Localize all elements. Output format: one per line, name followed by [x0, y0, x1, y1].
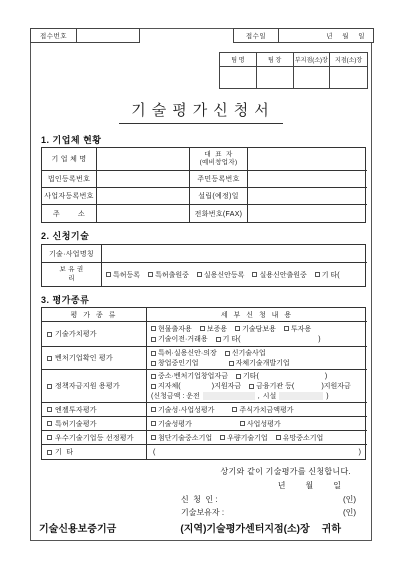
blank-field — [279, 392, 323, 400]
checkbox-icon — [47, 435, 52, 440]
detail-option: 투자용 — [284, 324, 311, 334]
checkbox-icon — [236, 374, 241, 379]
detail-option: 기술이전·거래용 — [151, 334, 208, 344]
form-title-text: 기술평가신청서 — [119, 99, 282, 124]
detail-header: 세 부 신 청 내 용 — [147, 308, 367, 322]
detail-option: 중소·벤처기업창업자금 — [151, 371, 228, 381]
detail-option: 기술성평가 — [151, 419, 192, 429]
approval-header-deputy-manager: 부지점(소)장 — [294, 53, 331, 67]
address-field — [97, 205, 190, 222]
detail-option: 주식가치금액평가 — [232, 405, 293, 415]
ceo-field — [248, 148, 367, 171]
approval-header-manager: 지점(소)장 — [330, 53, 367, 67]
checkbox-icon — [148, 272, 153, 277]
form-page: 접수번호 접수일 년 월 일 팀 명 팀 장 부지점(소)장 지점(소)장 기술… — [30, 28, 372, 541]
detail-option: 유망중소기업 — [276, 433, 324, 443]
checkbox-icon — [232, 407, 237, 412]
rights-option-other: 기 타( ) — [315, 270, 367, 280]
detail-option: 사업성평가 — [240, 419, 281, 429]
checkbox-icon — [220, 435, 225, 440]
detail-option: 기타( ) — [236, 371, 327, 381]
tech-name-field — [102, 245, 367, 263]
approval-table: 팀 명 팀 장 부지점(소)장 지점(소)장 — [219, 52, 368, 89]
footer-declaration: 상기와 같이 기술평가를 신청합니다. — [31, 466, 371, 477]
checkbox-icon — [235, 326, 240, 331]
approval-sign-cell — [220, 67, 257, 88]
detail-option: 자체기술개발기업 — [229, 358, 290, 368]
company-name-label: 기 업 체 명 — [42, 148, 97, 171]
checkbox-icon — [47, 450, 52, 455]
phone-fax-field — [248, 205, 367, 222]
biz-reg-field — [97, 188, 190, 205]
holder-sign-row: 기술보유자 : (인) — [181, 507, 356, 518]
checkbox-icon — [151, 435, 156, 440]
eval-type-excellent-company: 우수기술기업등 선정평가 — [42, 431, 147, 445]
company-name-field — [97, 148, 190, 171]
checkbox-icon — [106, 272, 111, 277]
detail-option: 기술성·사업성평가 — [151, 405, 214, 415]
rights-options: 특허등록 특허출원중 실용신안등록 실용신안출원중 기 타( ) — [102, 263, 367, 286]
detail-option: 지자체( )지원자금 — [151, 381, 241, 391]
eval-details-angel-invest: 기술성·사업성평가 주식가치금액평가 — [147, 403, 367, 417]
checkbox-icon — [151, 361, 156, 366]
eval-type-venture-confirm: 벤처기업확인 평가 — [42, 347, 147, 370]
eval-details-excellent-company: 첨단기술중소기업 우량기술기업 유망중소기업 — [147, 431, 367, 445]
checkbox-icon — [197, 272, 202, 277]
resident-reg-label: 주민등록번호 — [190, 171, 248, 188]
amount-note: (신청금액 : 운전, 시설) — [151, 391, 363, 401]
eval-details-patent-tech: 기술성평가 사업성평가 — [147, 417, 367, 431]
approval-header-team-name: 팀 명 — [220, 53, 257, 67]
checkbox-icon — [200, 326, 205, 331]
receipt-date-label: 접수일 — [233, 28, 279, 43]
rights-option-patent-pending: 특허출원중 — [148, 270, 189, 280]
footer-date: 년 월 일 — [31, 480, 371, 491]
applied-tech-table: 기술·사업명칭 보 유 권리 특허등록 특허출원중 실용신안등록 실용신안출원중… — [41, 244, 366, 287]
checkbox-icon — [284, 326, 289, 331]
eval-type-header: 평 가 종 류 — [42, 308, 147, 322]
blank-field — [203, 392, 255, 400]
section2-heading: 2. 신청기술 — [41, 229, 89, 242]
detail-option: 보증용 — [200, 324, 227, 334]
address-label: 주 소 — [42, 205, 97, 222]
eval-type-patent-tech: 특허기술평가 — [42, 417, 147, 431]
checkbox-icon — [151, 337, 156, 342]
checkbox-icon — [47, 407, 52, 412]
approval-sign-cell — [257, 67, 294, 88]
corp-reg-field — [97, 171, 190, 188]
resident-reg-field — [248, 171, 367, 188]
eval-type-other: 기 타 — [42, 445, 147, 459]
addressee: (지역)기술평가센터지점(소)장 — [180, 520, 309, 535]
org-name: 기술신용보증기금 — [39, 520, 116, 535]
establish-date-field — [248, 188, 367, 205]
checkbox-icon — [151, 384, 156, 389]
checkbox-icon — [249, 384, 254, 389]
detail-option: 기술담보용 — [235, 324, 276, 334]
applicant-label: 신 청 인 : — [181, 494, 218, 505]
rights-label: 보 유 권리 — [42, 263, 102, 286]
checkbox-icon — [229, 361, 234, 366]
approval-header-team-leader: 팀 장 — [257, 53, 294, 67]
honorific: 귀하 — [322, 520, 341, 535]
detail-option: 기 타( ) — [216, 334, 321, 344]
tech-name-label: 기술·사업명칭 — [42, 245, 102, 263]
checkbox-icon — [47, 332, 52, 337]
checkbox-icon — [47, 356, 52, 361]
checkbox-icon — [151, 407, 156, 412]
detail-option: 창업중인기업 — [151, 358, 199, 368]
detail-option: 첨단기술중소기업 — [151, 433, 212, 443]
detail-option: 금융기관 등( )지원자금 — [249, 381, 351, 391]
form-title: 기술평가신청서 — [31, 99, 371, 124]
phone-fax-label: 전화번호(FAX) — [190, 205, 248, 222]
rights-option-patent-registered: 특허등록 — [106, 270, 140, 280]
checkbox-icon — [315, 272, 320, 277]
holder-seal: (인) — [343, 507, 356, 518]
approval-sign-cell — [294, 67, 331, 88]
eval-details-venture-confirm: 특허·실용신안·의장 신기술사업 창업중인기업 자체기술개발기업 — [147, 347, 367, 370]
company-status-table: 기 업 체 명 대 표 자(예비창업자) 법인등록번호 주민등록번호 사업자등록… — [41, 147, 366, 223]
detail-option: 특허·실용신안·의장 — [151, 348, 217, 358]
checkbox-icon — [225, 351, 230, 356]
checkbox-icon — [151, 421, 156, 426]
rights-option-utility-registered: 실용신안등록 — [197, 270, 245, 280]
checkbox-icon — [47, 421, 52, 426]
checkbox-icon — [47, 384, 52, 389]
section1-heading: 1. 기업체 현황 — [41, 133, 101, 146]
eval-type-policy-fund: 정책자금지원 용평가 — [42, 370, 147, 403]
eval-type-tech-value: 기술가치평가 — [42, 322, 147, 347]
checkbox-icon — [240, 421, 245, 426]
checkbox-icon — [151, 326, 156, 331]
detail-option: 신기술사업 — [225, 348, 266, 358]
holder-label: 기술보유자 : — [181, 507, 224, 518]
addressee-row: 기술신용보증기금 (지역)기술평가센터지점(소)장 귀하 — [39, 520, 363, 535]
evaluation-table: 평 가 종 류 세 부 신 청 내 용 기술가치평가 현물출자용 보증용 기술담… — [41, 307, 366, 460]
section3-heading: 3. 평가종류 — [41, 293, 89, 306]
applicant-sign-row: 신 청 인 : (인) — [181, 494, 356, 505]
eval-type-angel-invest: 엔젤투자평가 — [42, 403, 147, 417]
checkbox-icon — [151, 374, 156, 379]
rights-option-utility-pending: 실용신안출원중 — [252, 270, 306, 280]
receipt-no-label: 접수번호 — [30, 28, 77, 43]
biz-reg-label: 사업자등록번호 — [42, 188, 97, 205]
eval-details-policy-fund: 중소·벤처기업창업자금 기타( ) 지자체( )지원자금 금융기관 등( )지원… — [147, 370, 367, 403]
approval-sign-cell — [330, 67, 367, 88]
checkbox-icon — [216, 337, 221, 342]
ceo-label: 대 표 자(예비창업자) — [190, 148, 248, 171]
establish-date-label: 설립(예정)일 — [190, 188, 248, 205]
applicant-seal: (인) — [343, 494, 356, 505]
detail-option: 현물출자용 — [151, 324, 192, 334]
receipt-no-field — [76, 28, 140, 43]
detail-option: 우량기술기업 — [220, 433, 268, 443]
eval-details-tech-value: 현물출자용 보증용 기술담보용 투자용 기술이전·거래용 기 타( ) — [147, 322, 367, 347]
checkbox-icon — [252, 272, 257, 277]
checkbox-icon — [151, 351, 156, 356]
corp-reg-label: 법인등록번호 — [42, 171, 97, 188]
checkbox-icon — [276, 435, 281, 440]
eval-details-other: ( ) — [147, 445, 367, 459]
receipt-date-value: 년 월 일 — [278, 28, 374, 43]
